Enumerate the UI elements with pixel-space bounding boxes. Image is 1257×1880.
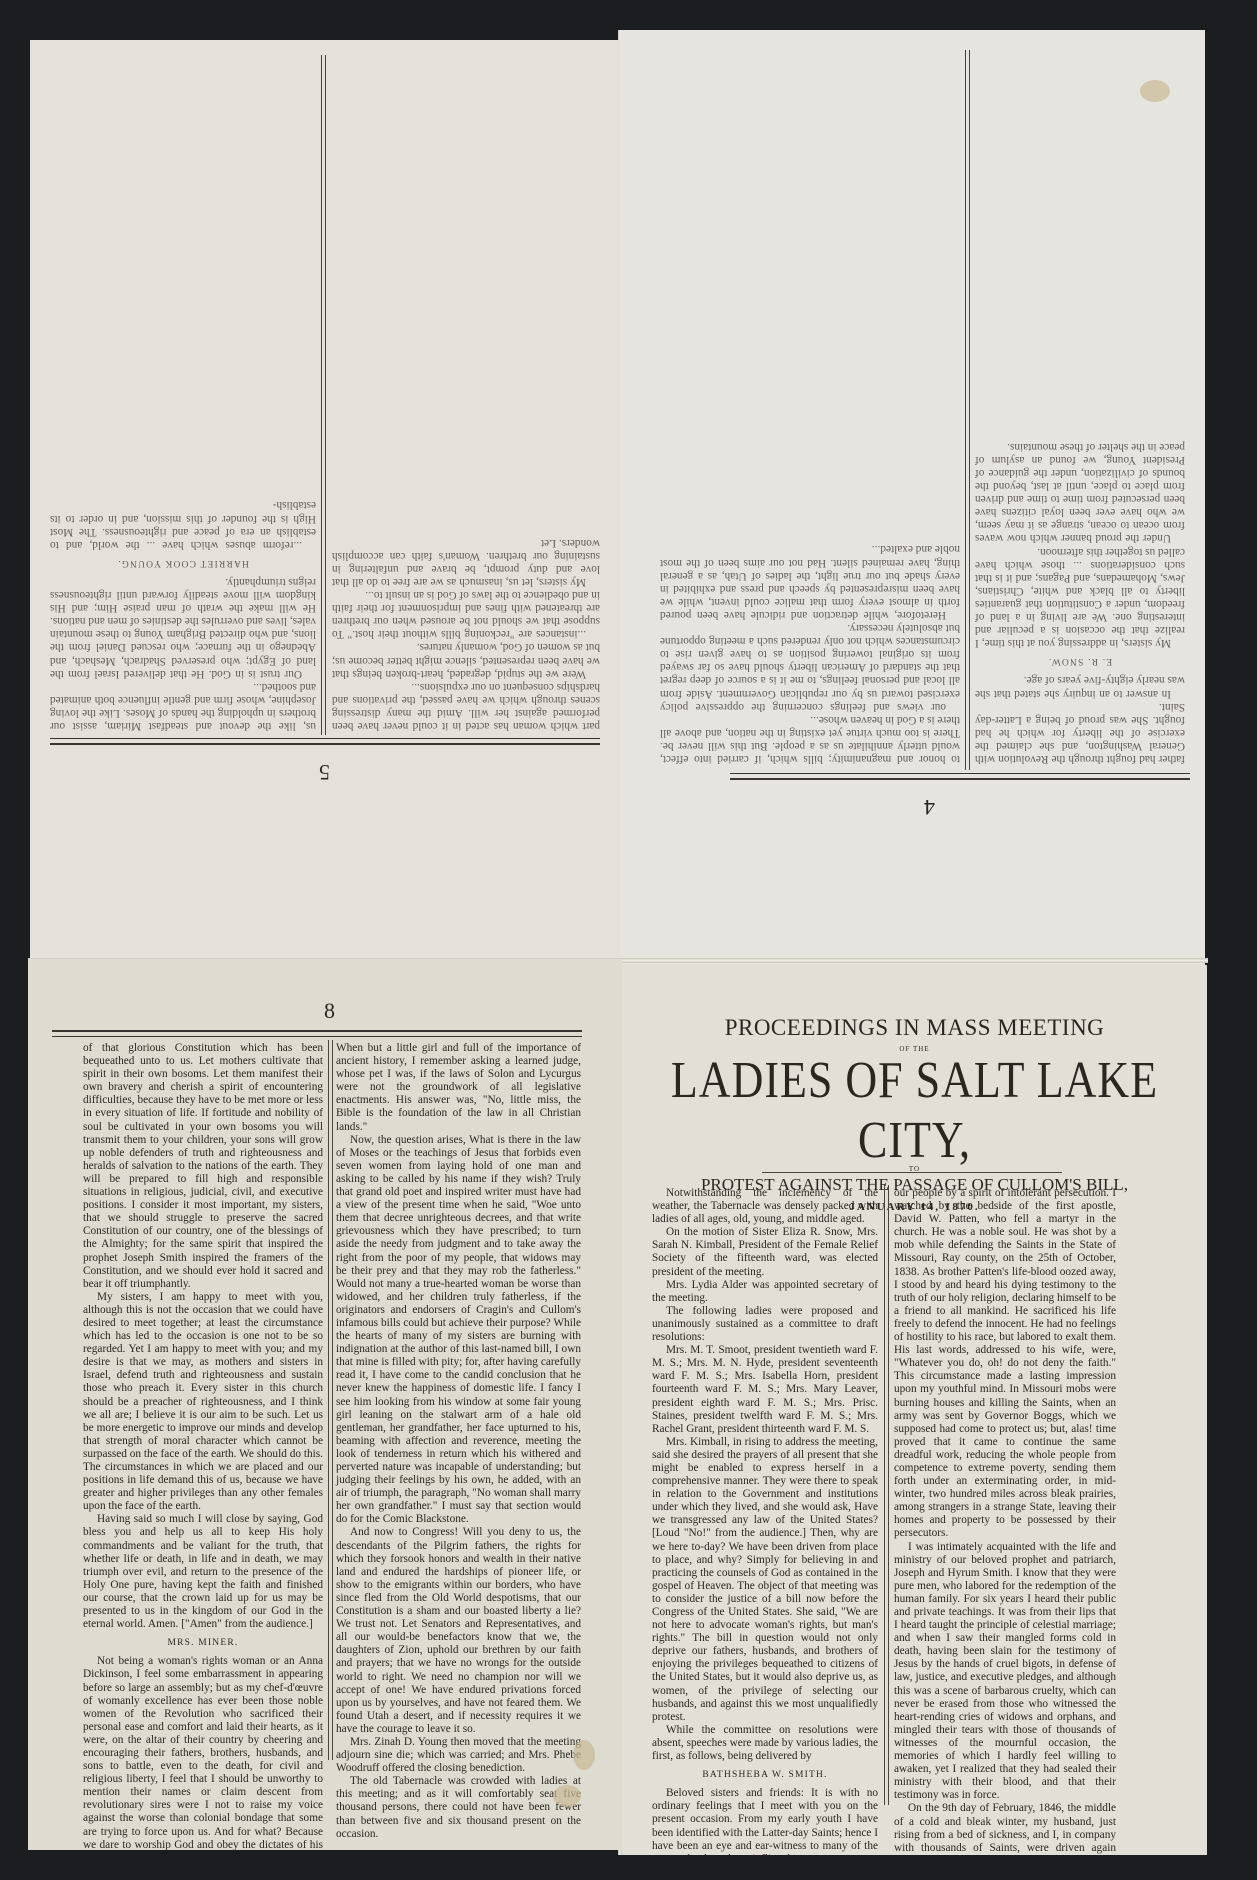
header-rule — [50, 738, 600, 745]
page-8-column-right: When but a little girl and full of the i… — [336, 1042, 581, 1841]
paper-stain — [1140, 80, 1170, 102]
page-5-panel: 5 part which woman has acted in it could… — [30, 40, 620, 960]
page-number-5: 5 — [319, 759, 330, 785]
page-4-panel: 4 father had fought through the Revoluti… — [620, 30, 1205, 970]
column-divider — [328, 1040, 333, 1760]
paper-stain — [573, 1740, 595, 1770]
speaker-heading-miner: MRS. MINER. — [83, 1637, 323, 1650]
date-rule — [762, 1172, 1062, 1173]
paper-stain — [553, 1785, 581, 1807]
title-page-column-right: our people by a spirit of intolerant per… — [894, 1187, 1116, 1855]
page-number-8: 8 — [324, 998, 335, 1024]
page-number-4: 4 — [924, 794, 935, 820]
page-5-column-right: us, like the devout and steadfast Miriam… — [50, 498, 316, 732]
title-page-panel: PROCEEDINGS IN MASS MEETING OF THE LADIE… — [622, 965, 1207, 1855]
page-8-column-left: of that glorious Constitution which has … — [83, 1042, 323, 1850]
title-main: LADIES OF SALT LAKE CITY, — [622, 1050, 1207, 1170]
title-line-1: PROCEEDINGS IN MASS MEETING — [622, 1015, 1207, 1041]
header-rule — [52, 1030, 582, 1037]
page-4-column-left: father had fought through the Revolution… — [975, 440, 1185, 765]
header-rule — [730, 773, 1190, 780]
speaker-heading: E. R. SNOW. — [975, 654, 1185, 667]
page-5-column-left: part which woman has acted in it could n… — [332, 536, 600, 732]
page-8-panel: 8 of that glorious Constitution which ha… — [28, 960, 622, 1850]
title-page-column-left: Notwithstanding the inclemency of the we… — [652, 1187, 878, 1855]
column-divider — [965, 50, 970, 770]
speaker-heading: HARRIET COOK YOUNG. — [50, 556, 316, 569]
masthead: PROCEEDINGS IN MASS MEETING OF THE LADIE… — [622, 1015, 1207, 1213]
column-divider — [321, 55, 326, 735]
column-divider — [884, 1185, 889, 1805]
page-4-column-right: to honor and magnanimity; bills which, i… — [660, 542, 960, 765]
speaker-heading-smith: BATHSHEBA W. SMITH. — [652, 1769, 878, 1782]
